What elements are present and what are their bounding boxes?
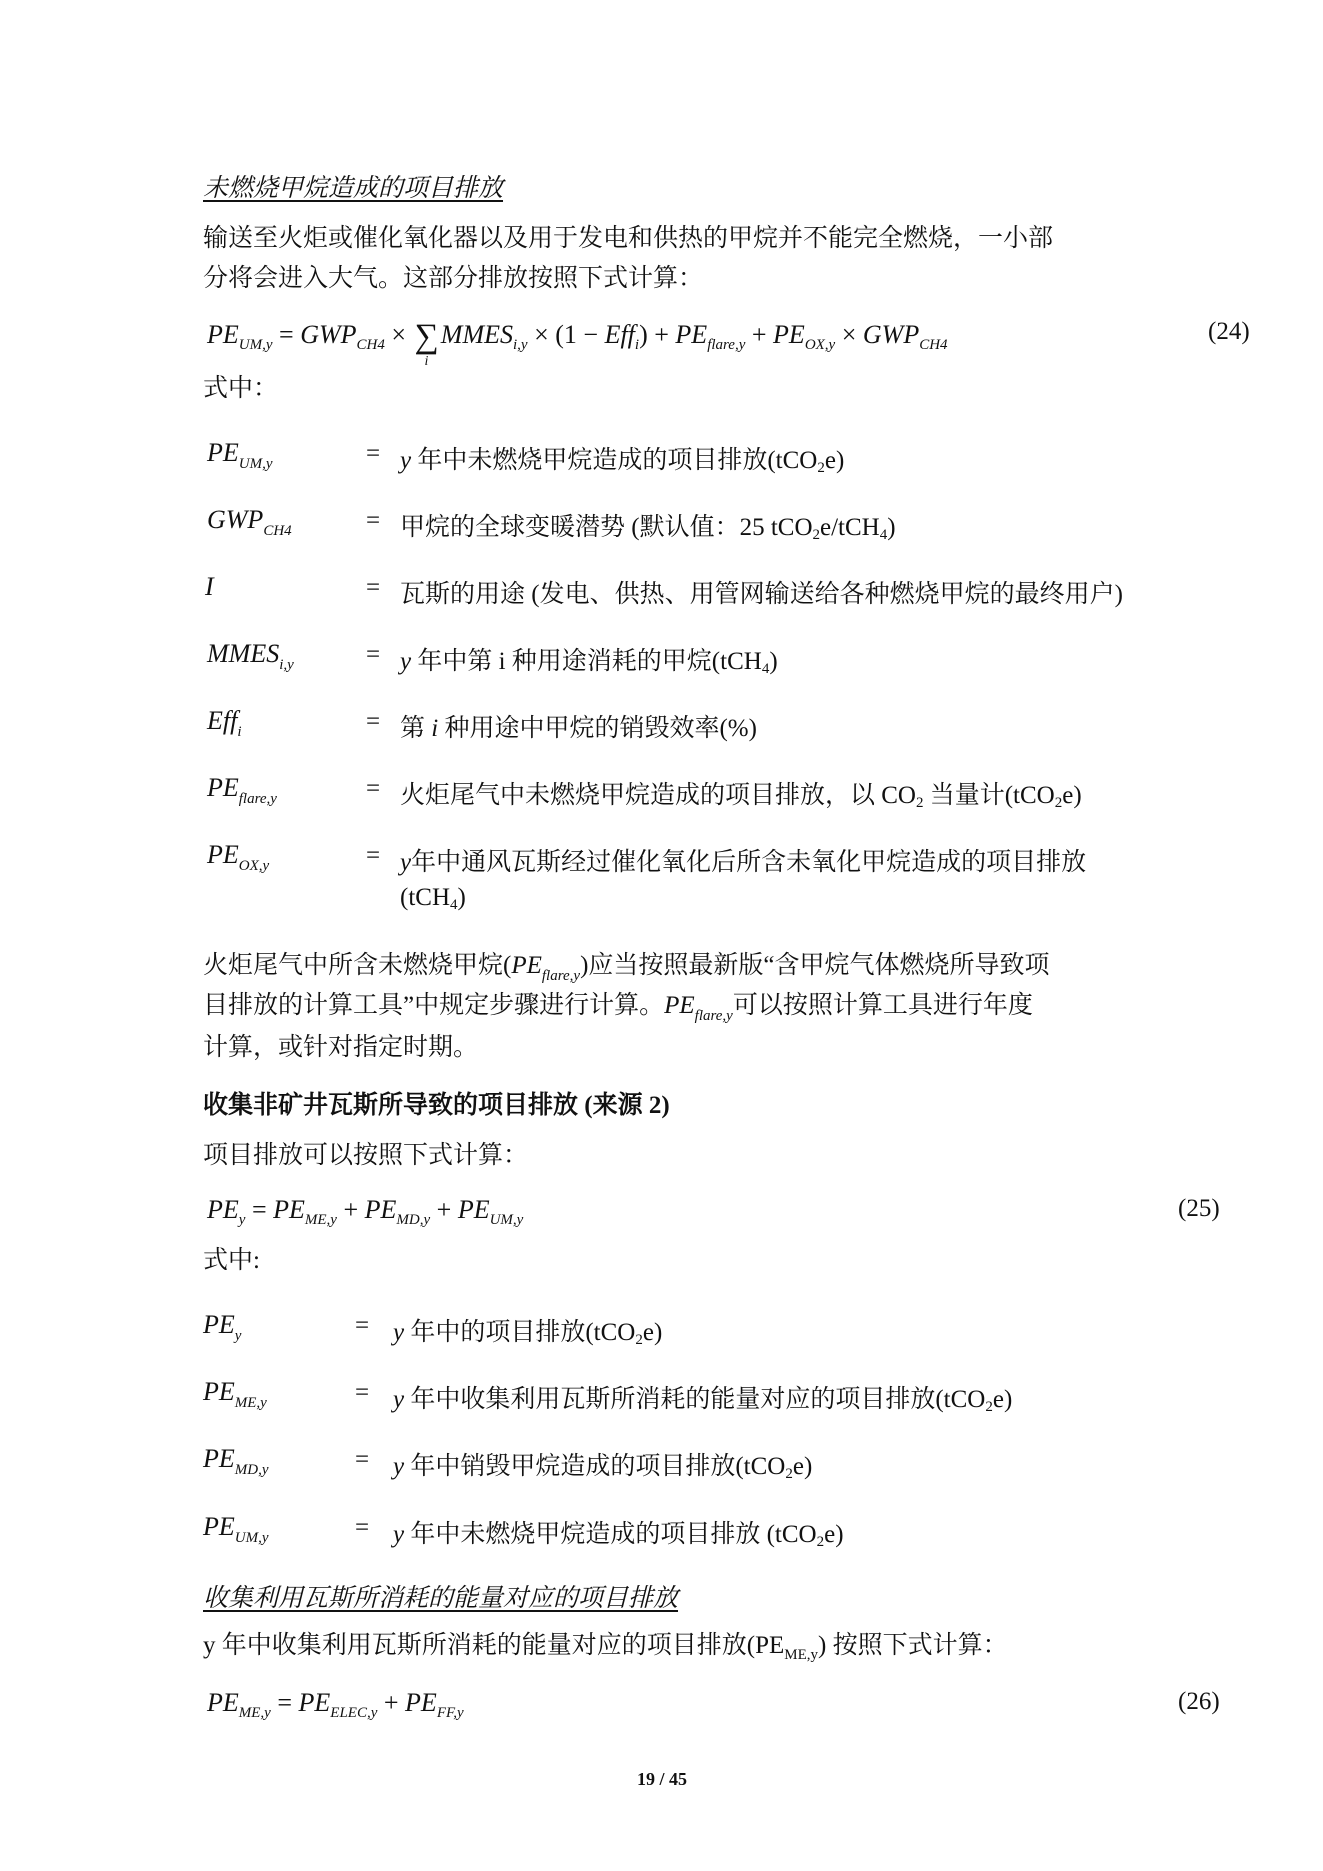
eq-paren: ) [639,320,648,349]
def-text: 甲烷的全球变暖潜势 (默认值：25 tCO [400,514,813,541]
def-symbol-eff: Effi [207,706,242,741]
def-text: 年中收集利用瓦斯所消耗的能量对应的项目排放(tCO [404,1386,985,1413]
var-y: y [400,849,411,876]
var-y: y [393,1319,404,1346]
eq-operator: = [245,1195,273,1224]
section2-intro: 项目排放可以按照下式计算： [203,1135,528,1177]
eq-sub: flare,y [707,337,745,353]
eq-operator: × [385,320,413,349]
symbol-sub: i [237,724,241,740]
section3-intro: y 年中收集利用瓦斯所消耗的能量对应的项目排放(PEME,y) 按照下式计算： [203,1625,1008,1676]
para-text: )应当按照最新版“含甲烷气体燃烧所导致项 [580,952,1049,979]
def-sub: 2 [985,1399,993,1415]
eq-operator: + [377,1688,405,1717]
eq-paren: (1 − [555,320,604,349]
eq-operator: + [648,320,676,349]
equals-sign: = [355,1312,369,1340]
eq-sub: CH4 [357,337,385,353]
def-sub: 2 [817,1534,825,1550]
equation-number-26: (26) [1178,1688,1220,1716]
section-heading-non-mine-gas: 收集非矿井瓦斯所导致的项目排放 (来源 2) [203,1085,670,1121]
def-sub: 4 [450,897,458,913]
symbol: Eff [207,706,237,735]
eq-operator: = [271,1688,299,1717]
def-text: e/tCH [820,514,880,541]
where-label: 式中： [203,368,278,410]
eq-sub: ME,y [305,1212,337,1228]
symbol-sub: OX,y [239,858,269,874]
intro-line-2: 分将会进入大气。这部分排放按照下式计算： [203,258,703,300]
eq-sub: CH4 [919,337,947,353]
equals-sign: = [366,440,380,468]
eq-term: Eff [605,320,635,349]
eq-term: PE [405,1688,437,1717]
def-symbol-i: I [205,572,214,602]
eq-term: GWP [863,320,919,349]
var-y: y [393,1521,404,1548]
equals-sign: = [366,641,380,669]
where-label-2: 式中: [203,1240,260,1282]
equals-sign: = [355,1514,369,1542]
equals-sign: = [366,574,380,602]
def-symbol-pe-ox: PEOX,y [207,840,269,875]
para-text: 火炬尾气中所含未燃烧甲烷( [203,952,511,979]
eq-term: PE [207,320,239,349]
def-sub: 2 [817,460,825,476]
equals-sign: = [355,1379,369,1407]
def-symbol-pe-um-2: PEUM,y [203,1512,269,1547]
sum-index: i [425,354,429,370]
def-symbol-pe-um: PEUM,y [207,438,273,473]
inline-symbol: PEflare,y [511,952,580,979]
symbol: PE [207,438,239,467]
eq-term: PE [207,1688,239,1717]
eq-term: PE [773,320,805,349]
def-symbol-pe-flare: PEflare,y [207,773,277,808]
summation-symbol: ∑i [415,318,439,356]
var-y: y [393,1453,404,1480]
para-text: 目排放的计算工具”中规定步骤进行计算。 [203,992,664,1019]
def-text: 第 [400,715,431,742]
intro-line-1: 输送至火炬或催化氧化器以及用于发电和供热的甲烷并不能完全燃烧，一小部 [203,218,1053,260]
symbol: I [205,572,214,601]
def-text-pe-me: y 年中收集利用瓦斯所消耗的能量对应的项目排放(tCO2e) [393,1379,1012,1416]
section-heading-unburned-methane: 未燃烧甲烷造成的项目排放 [203,168,503,204]
para-text: y 年中收集利用瓦斯所消耗的能量对应的项目排放(PE [203,1632,784,1659]
def-text-i: 瓦斯的用途 (发电、供热、用管网输送给各种燃烧甲烷的最终用户) [400,574,1123,610]
equals-sign: = [355,1446,369,1474]
eq-operator: = [273,320,301,349]
eq-term: PE [299,1688,331,1717]
eq-sub: FF,y [437,1705,464,1721]
eq-term: GWP [300,320,356,349]
symbol-sub: UM,y [235,1530,269,1546]
page-number: 19 / 45 [637,1769,687,1790]
def-text: 火炬尾气中未燃烧甲烷造成的项目排放，以 CO [400,782,916,809]
section-heading-energy-consumption: 收集利用瓦斯所消耗的能量对应的项目排放 [203,1578,678,1614]
def-text: e) [825,447,844,474]
def-symbol-gwp: GWPCH4 [207,505,292,540]
symbol-sub: flare,y [542,968,580,984]
eq-sub: i,y [513,337,528,353]
var-y: y [400,447,411,474]
symbol: PE [511,952,542,979]
eq-operator: + [337,1195,365,1224]
def-text-pe-flare: 火炬尾气中未燃烧甲烷造成的项目排放，以 CO2 当量计(tCO2e) [400,775,1082,812]
equation-25: PEy = PEME,y + PEMD,y + PEUM,y [207,1195,523,1229]
symbol: PE [203,1377,235,1406]
symbol: PE [207,773,239,802]
eq-sub: ME,y [239,1705,271,1721]
def-text: 年中未燃烧甲烷造成的项目排放(tCO [411,447,817,474]
symbol-sub: i,y [279,657,294,673]
eq-sub: UM,y [239,337,273,353]
equals-sign: = [366,708,380,736]
equation-number-24: (24) [1208,318,1250,346]
def-text: e) [793,1453,812,1480]
eq-sub: OX,y [805,337,835,353]
para-text: ) 按照下式计算： [818,1632,1008,1659]
equation-26: PEME,y = PEELEC,y + PEFF,y [207,1688,464,1722]
eq-term: MMES [441,320,513,349]
eq-sub: MD,y [396,1212,430,1228]
def-text-gwp: 甲烷的全球变暖潜势 (默认值：25 tCO2e/tCH4) [400,507,896,544]
def-text-pe-md: y 年中销毁甲烷造成的项目排放(tCO2e) [393,1446,812,1483]
def-text-pe-um-2: y 年中未燃烧甲烷造成的项目排放 (tCO2e) [393,1514,844,1551]
def-sub: 2 [813,527,821,543]
flare-paragraph-line-3: 计算，或针对指定时期。 [203,1027,478,1069]
symbol: GWP [207,505,263,534]
symbol-sub: CH4 [263,523,291,539]
def-text: e) [993,1386,1012,1413]
def-text-mmes: y 年中第 i 种用途消耗的甲烷(tCH4) [400,641,778,678]
def-text: 年中销毁甲烷造成的项目排放(tCO [404,1453,785,1480]
def-sub: 2 [635,1332,643,1348]
def-text-pe-um: y 年中未燃烧甲烷造成的项目排放(tCO2e) [400,440,844,477]
eq-sub: UM,y [490,1212,524,1228]
def-text: ) [769,648,777,675]
symbol-sub: y [235,1328,242,1344]
def-text-eff: 第 i 种用途中甲烷的销毁效率(%) [400,708,757,744]
def-symbol-pe-y: PEy [203,1310,241,1345]
def-text: e) [824,1521,843,1548]
def-text: 年中第 i 种用途消耗的甲烷(tCH [411,648,762,675]
eq-term: PE [365,1195,397,1224]
eq-operator: × [528,320,556,349]
eq-term: PE [207,1195,239,1224]
symbol: PE [664,992,695,1019]
def-text: ) [458,884,466,911]
var-y: y [400,648,411,675]
def-text: e) [1062,782,1081,809]
def-text-pe-ox-line2: (tCH4) [400,884,466,914]
symbol-sub: flare,y [239,791,277,807]
def-text-pe-y: y 年中的项目排放(tCO2e) [393,1312,662,1349]
def-text: 年中通风瓦斯经过催化氧化后所含未氧化甲烷造成的项目排放 [411,849,1086,876]
def-sub: 2 [785,1466,793,1482]
equals-sign: = [366,775,380,803]
def-text: (tCH [400,884,450,911]
eq-operator: + [430,1195,458,1224]
eq-term: PE [458,1195,490,1224]
def-text: 当量计(tCO [923,782,1054,809]
def-text: 年中的项目排放(tCO [404,1319,635,1346]
symbol: PE [203,1310,235,1339]
def-text: 种用途中甲烷的销毁效率(%) [438,715,757,742]
symbol-sub: flare,y [695,1008,733,1024]
symbol: PE [207,840,239,869]
symbol-sub: ME,y [235,1395,267,1411]
para-text: 可以按照计算工具进行年度 [733,992,1033,1019]
symbol: PE [203,1512,235,1541]
symbol-sub: MD,y [235,1462,269,1478]
para-sub: ME,y [784,1647,818,1663]
symbol-sub: UM,y [239,456,273,472]
eq-term: PE [675,320,707,349]
var-y: y [393,1386,404,1413]
equation-number-25: (25) [1178,1195,1220,1223]
def-symbol-pe-md: PEMD,y [203,1444,269,1479]
eq-operator: × [835,320,863,349]
eq-term: PE [273,1195,305,1224]
def-text: ) [887,514,895,541]
def-text-pe-ox: y年中通风瓦斯经过催化氧化后所含未氧化甲烷造成的项目排放 [400,842,1086,878]
def-text: e) [643,1319,662,1346]
equation-24: PEUM,y = GWPCH4 × ∑iMMESi,y × (1 − Effi)… [207,318,948,356]
equals-sign: = [366,507,380,535]
symbol: MMES [207,639,279,668]
def-text: 年中未燃烧甲烷造成的项目排放 (tCO [404,1521,817,1548]
symbol: PE [203,1444,235,1473]
def-symbol-pe-me: PEME,y [203,1377,267,1412]
inline-symbol: PEflare,y [664,992,733,1019]
eq-sub: ELEC,y [330,1705,377,1721]
def-symbol-mmes: MMESi,y [207,639,294,674]
equals-sign: = [366,842,380,870]
eq-operator: + [745,320,773,349]
